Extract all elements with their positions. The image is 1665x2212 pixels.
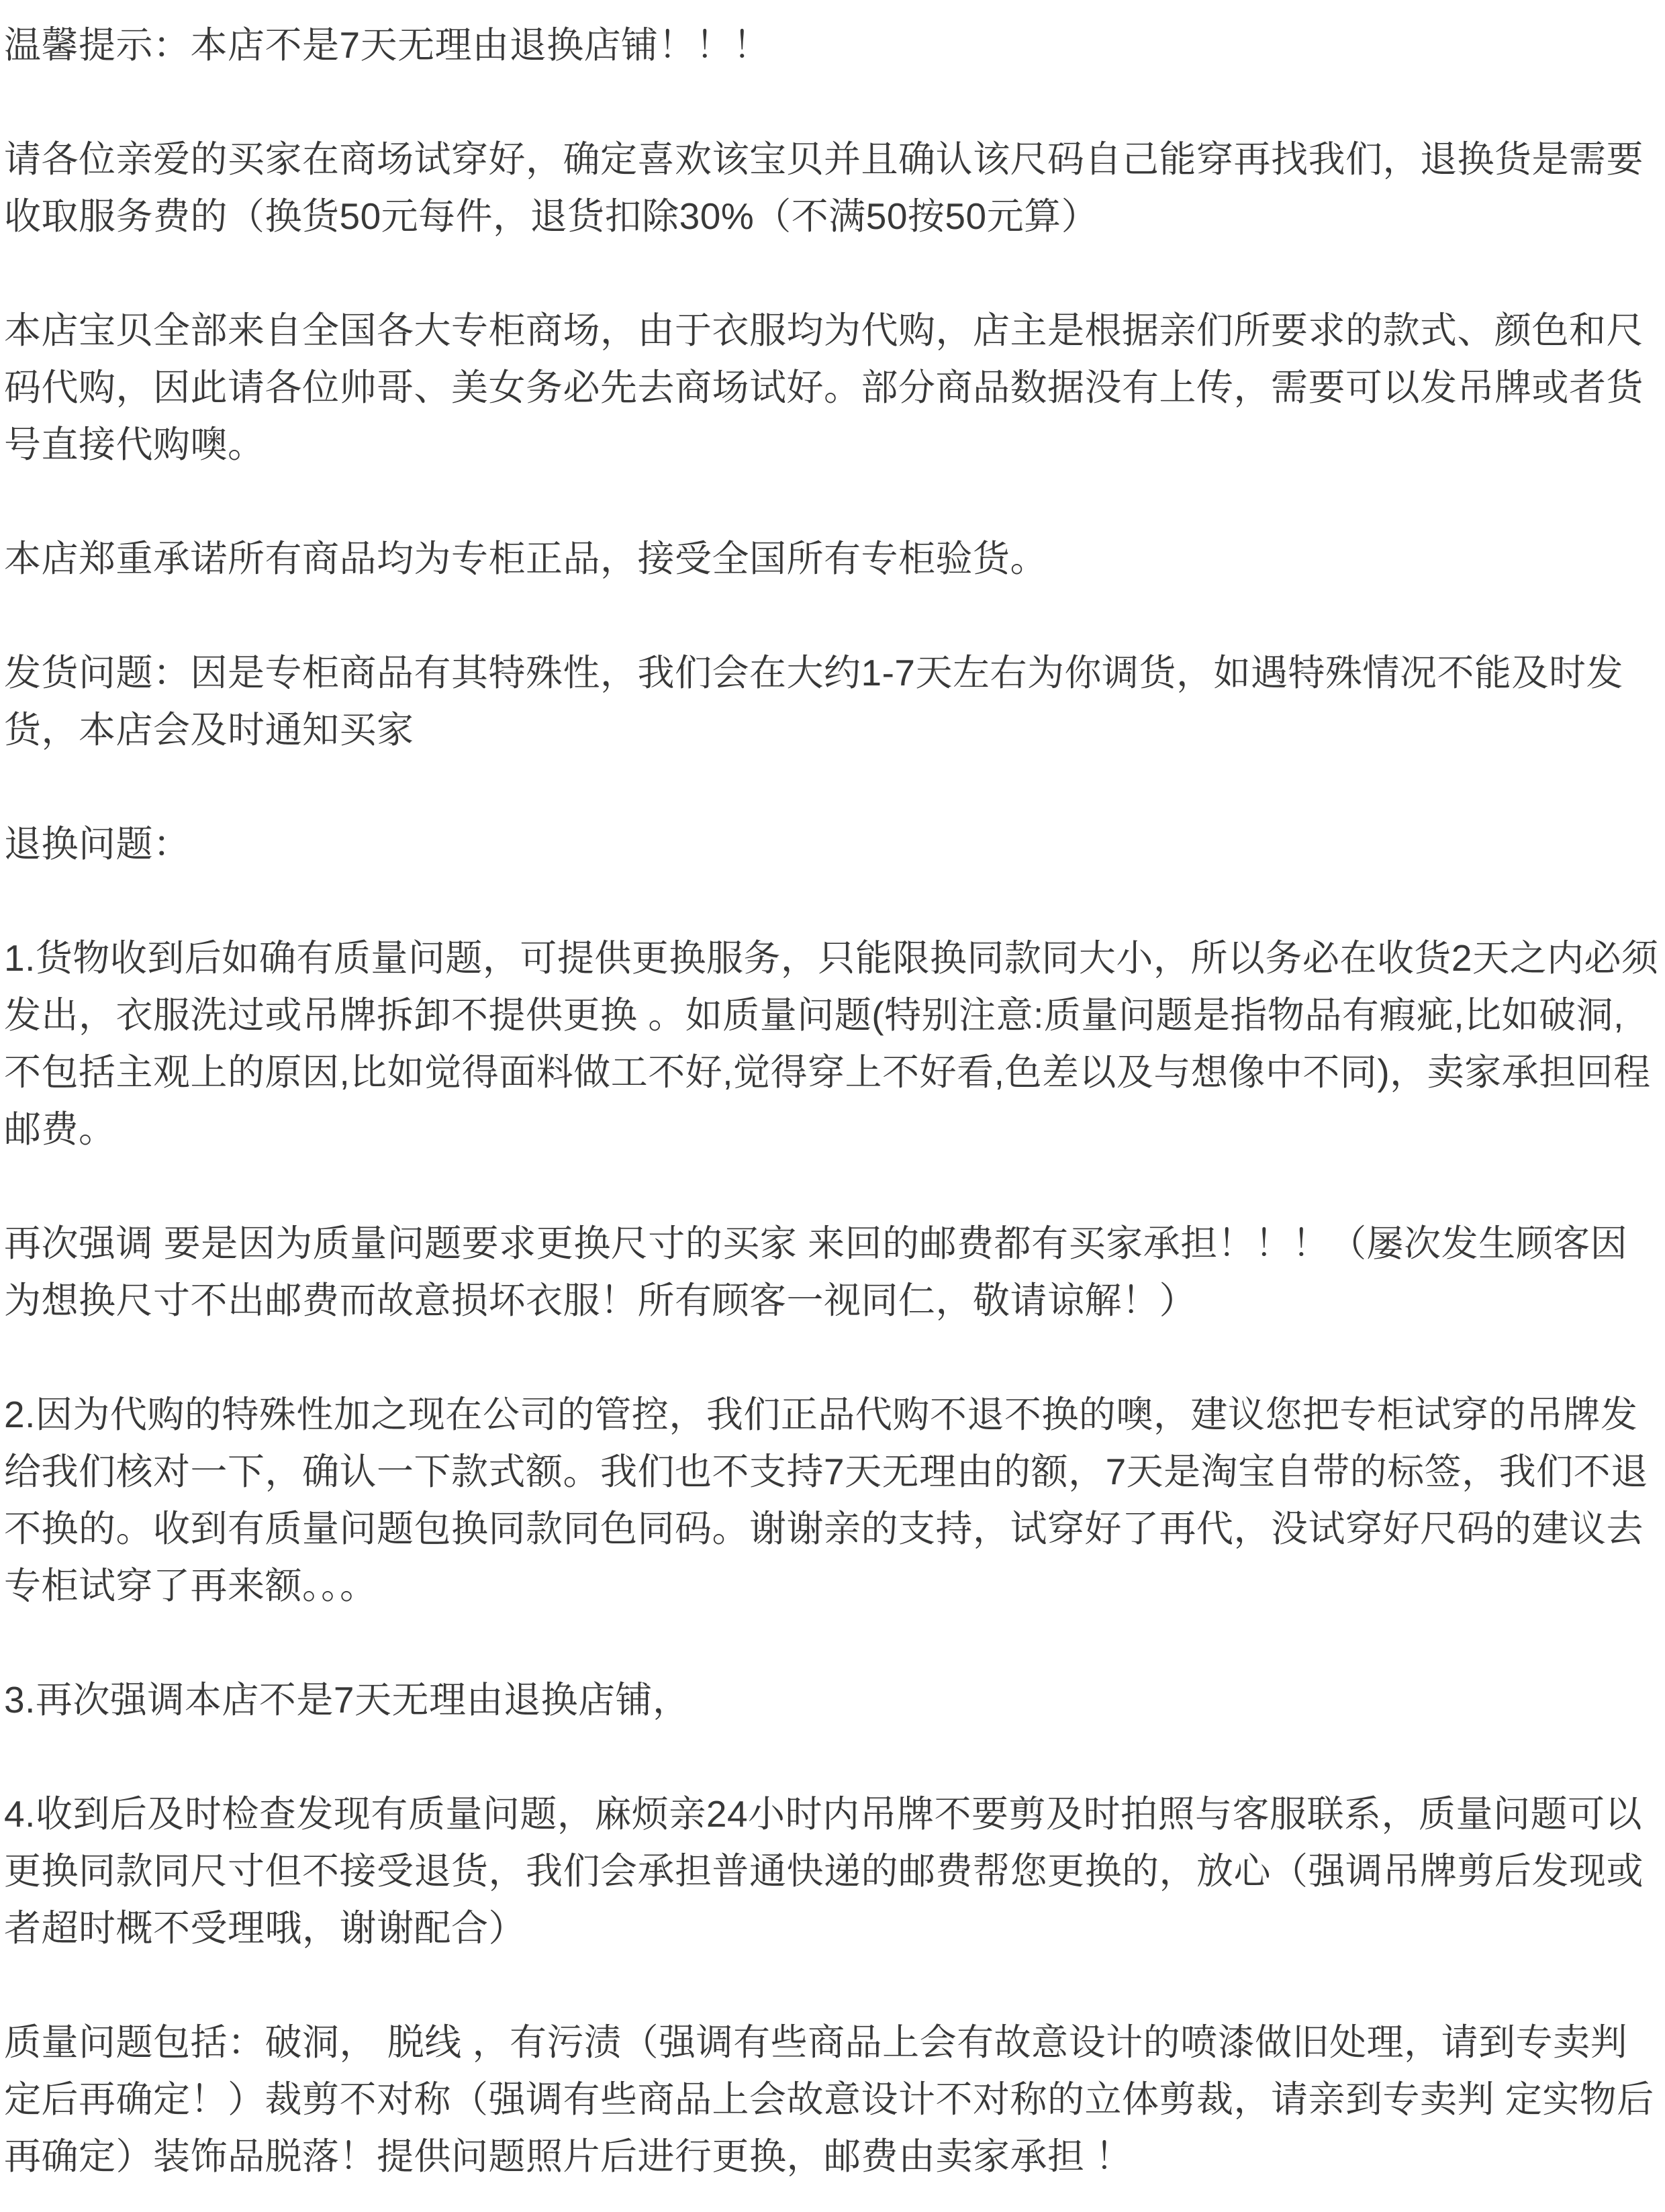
- notice-paragraph-rule-3: 3.再次强调本店不是7天无理由退换店铺，: [4, 1672, 1660, 1729]
- notice-paragraph-rule-2: 2.因为代购的特殊性加之现在公司的管控，我们正品代购不退不换的噢，建议您把专柜试…: [4, 1386, 1660, 1615]
- notice-paragraph-rule-1: 1.货物收到后如确有质量问题，可提供更换服务，只能限换同款同大小，所以务必在收货…: [4, 930, 1660, 1158]
- notice-paragraph-try-on-fee: 请各位亲爱的买家在商场试穿好，确定喜欢该宝贝并且确认该尺码自己能穿再找我们，退换…: [4, 131, 1660, 245]
- notice-paragraph-authenticity: 本店郑重承诺所有商品均为专柜正品，接受全国所有专柜验货。: [4, 530, 1660, 587]
- notice-paragraph-emphasis-postage: 再次强调 要是因为质量问题要求更换尺寸的买家 来回的邮费都有买家承担！！！（屡次…: [4, 1215, 1660, 1329]
- notice-paragraph-reminder: 温馨提示：本店不是7天无理由退换店铺！！！: [4, 17, 1660, 74]
- notice-paragraph-shipping: 发货问题：因是专柜商品有其特殊性，我们会在大约1-7天左右为你调货，如遇特殊情况…: [4, 644, 1660, 759]
- store-policy-notice: 温馨提示：本店不是7天无理由退换店铺！！！ 请各位亲爱的买家在商场试穿好，确定喜…: [0, 0, 1665, 2212]
- notice-paragraph-rule-4: 4.收到后及时检查发现有质量问题，麻烦亲24小时内吊牌不要剪及时拍照与客服联系，…: [4, 1786, 1660, 1957]
- notice-paragraph-return-heading: 退换问题：: [4, 816, 1660, 873]
- notice-paragraph-sourcing: 本店宝贝全部来自全国各大专柜商场，由于衣服均为代购，店主是根据亲们所要求的款式、…: [4, 302, 1660, 473]
- notice-paragraph-quality-definition: 质量问题包括：破洞， 脱线 ，有污渍（强调有些商品上会有故意设计的喷漆做旧处理，…: [4, 2014, 1660, 2185]
